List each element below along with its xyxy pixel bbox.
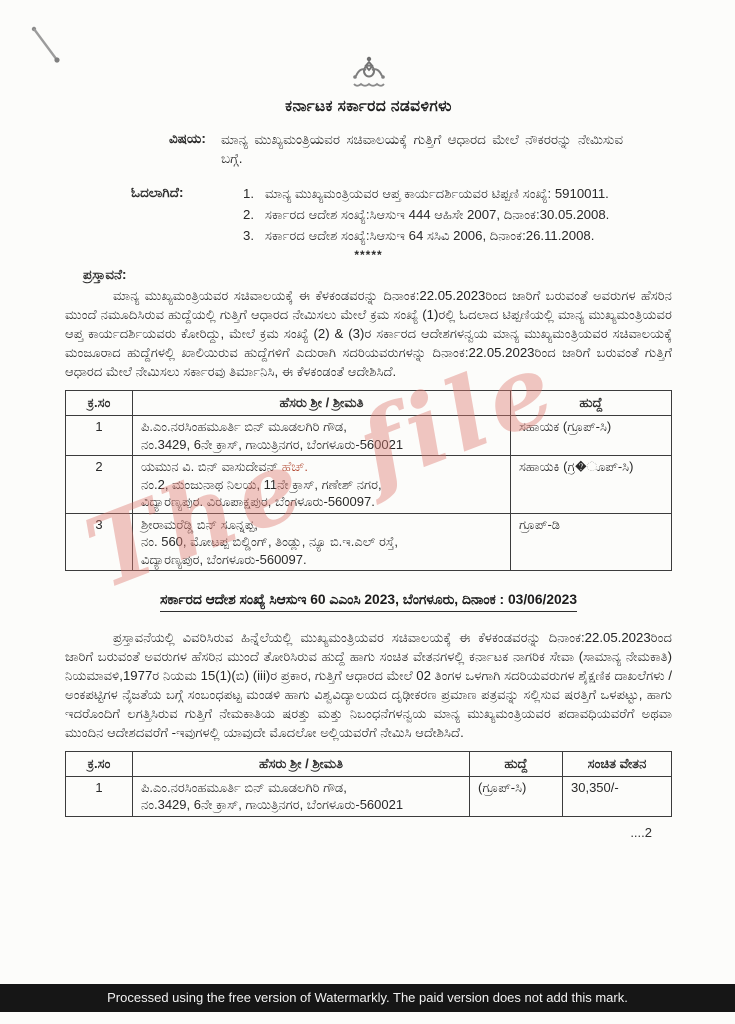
appointees-table: ಕ್ರ.ಸಂ ಹೆಸರು ಶ್ರೀ / ಶ್ರೀಮತಿ ಹುದ್ದೆ 1 ಪಿ.… xyxy=(65,390,672,571)
col-header-salary: ಸಂಚಿತ ವೇತನ xyxy=(563,752,672,777)
cell-post: ಸಹಾಯಕ (ಗ್ರೂಪ್-ಸಿ) xyxy=(511,415,672,455)
cell-name-address: ಪಿ.ಎಂ.ನರಸಿಂಹಮೂರ್ತಿ ಬಿನ್ ಮೂಡಲಗಿರಿ ಗೌಡ, ನಂ… xyxy=(133,776,470,816)
go-number-line: ಸರ್ಕಾರದ ಆದೇಶ ಸಂಖ್ಯೆ ಸಿಆಸುಇ 60 ಎಎಂಸಿ 2023… xyxy=(160,592,577,612)
cell-sl-no: 3 xyxy=(66,513,133,571)
read-item-number: 3. xyxy=(243,227,265,245)
col-header-name: ಹೆಸರು ಶ್ರೀ / ಶ್ರೀಮತಿ xyxy=(133,752,470,777)
table-header-row: ಕ್ರ.ಸಂ ಹೆಸರು ಶ್ರೀ / ಶ್ರೀಮತಿ ಹುದ್ದೆ ಸಂಚಿತ… xyxy=(66,752,672,777)
cell-post: ಗ್ರೂಪ್-ಡಿ xyxy=(511,513,672,571)
table-row: 2 ಯಮುನ ವಿ. ಬಿನ್ ವಾಸುದೇವನ್ ಹೆಚ್. ನಂ.2, ಮಂ… xyxy=(66,456,672,514)
preamble-paragraph: ಮಾನ್ಯ ಮುಖ್ಯಮಂತ್ರಿಯವರ ಸಚಿವಾಲಯಕ್ಕೆ ಈ ಕೆಳಕಂ… xyxy=(65,286,672,381)
scanned-document-page: ಕರ್ನಾಟಕ ಸರ್ಕಾರದ ನಡವಳಿಗಳು ವಿಷಯ: ಮಾನ್ಯ ಮುಖ… xyxy=(0,0,735,1024)
go-number-block: ಸರ್ಕಾರದ ಆದೇಶ ಸಂಖ್ಯೆ ಸಿಆಸುಇ 60 ಎಎಂಸಿ 2023… xyxy=(65,591,672,612)
cell-sl-no: 1 xyxy=(66,415,133,455)
read-item-text: ಸರ್ಕಾರದ ಆದೇಶ ಸಂಖ್ಯೆ:ಸಿಆಸುಇ 64 ಸಸಿವಿ 2006… xyxy=(265,227,643,245)
table-header-row: ಕ್ರ.ಸಂ ಹೆಸರು ಶ್ರೀ / ಶ್ರೀಮತಿ ಹುದ್ದೆ xyxy=(66,391,672,416)
table-row: 1 ಪಿ.ಎಂ.ನರಸಿಂಹಮೂರ್ತಿ ಬಿನ್ ಮೂಡಲಗಿರಿ ಗೌಡ, … xyxy=(66,776,672,816)
read-label: ಓದಲಾಗಿದೆ: xyxy=(131,185,243,249)
state-emblem-icon xyxy=(65,54,672,94)
read-list: 1. ಮಾನ್ಯ ಮುಖ್ಯಮಂತ್ರಿಯವರ ಆಪ್ತ ಕಾರ್ಯದರ್ಶಿಯ… xyxy=(243,185,643,249)
subject-block: ವಿಷಯ: ಮಾನ್ಯ ಮುಖ್ಯಮಂತ್ರಿಯವರ ಸಚಿವಾಲಯಕ್ಕೆ ಗ… xyxy=(65,131,672,169)
cell-name-address: ಪಿ.ಎಂ.ನರಸಿಂಹಮೂರ್ತಿ ಬಿನ್ ಮೂಡಲಗಿರಿ ಗೌಡ, ನಂ… xyxy=(133,415,511,455)
read-item: 2. ಸರ್ಕಾರದ ಆದೇಶ ಸಂಖ್ಯೆ:ಸಿಆಸುಇ 444 ಆಹಿಸೇ … xyxy=(243,206,643,224)
cell-sl-no: 2 xyxy=(66,456,133,514)
read-item-number: 1. xyxy=(243,185,265,203)
order-paragraph: ಪ್ರಸ್ತಾವನೆಯಲ್ಲಿ ವಿವರಿಸಿರುವ ಹಿನ್ನೆಲೆಯಲ್ಲಿ… xyxy=(65,628,672,742)
name-part: ನಂ.2, ಮಂಜುನಾಥ ನಿಲಯ, 11ನೇ ಕ್ರಾಸ್, ಗಣೇಶ್ ನ… xyxy=(141,477,382,510)
read-item-number: 2. xyxy=(243,206,265,224)
watermarkly-bar: Processed using the free version of Wate… xyxy=(0,984,735,1012)
read-item-text: ಸರ್ಕಾರದ ಆದೇಶ ಸಂಖ್ಯೆ:ಸಿಆಸುಇ 444 ಆಹಿಸೇ 200… xyxy=(265,206,643,224)
staple-mark-icon xyxy=(27,21,67,71)
table-row: 1 ಪಿ.ಎಂ.ನರಸಿಂಹಮೂರ್ತಿ ಬಿನ್ ಮೂಡಲಗಿರಿ ಗೌಡ, … xyxy=(66,415,672,455)
col-header-sl-no: ಕ್ರ.ಸಂ xyxy=(66,752,133,777)
read-item-text: ಮಾನ್ಯ ಮುಖ್ಯಮಂತ್ರಿಯವರ ಆಪ್ತ ಕಾರ್ಯದರ್ಶಿಯವರ … xyxy=(265,185,643,203)
name-part: ಯಮುನ ವಿ. ಬಿನ್ ವಾಸುದೇವನ್ xyxy=(141,459,282,474)
preamble-label: ಪ್ರಸ್ತಾವನೆ: xyxy=(83,267,672,283)
asterisk-separator: ***** xyxy=(65,250,672,260)
read-block: ಓದಲಾಗಿದೆ: 1. ಮಾನ್ಯ ಮುಖ್ಯಮಂತ್ರಿಯವರ ಆಪ್ತ ಕ… xyxy=(65,185,672,249)
cell-sl-no: 1 xyxy=(66,776,133,816)
cell-salary: 30,350/- xyxy=(563,776,672,816)
name-highlighted-word: ಹೆಚ್. xyxy=(282,459,308,474)
cell-name-address: ಯಮುನ ವಿ. ಬಿನ್ ವಾಸುದೇವನ್ ಹೆಚ್. ನಂ.2, ಮಂಜು… xyxy=(133,456,511,514)
document-body: ಕರ್ನಾಟಕ ಸರ್ಕಾರದ ನಡವಳಿಗಳು ವಿಷಯ: ಮಾನ್ಯ ಮುಖ… xyxy=(65,0,672,840)
read-item: 1. ಮಾನ್ಯ ಮುಖ್ಯಮಂತ್ರಿಯವರ ಆಪ್ತ ಕಾರ್ಯದರ್ಶಿಯ… xyxy=(243,185,643,203)
subject-text: ಮಾನ್ಯ ಮುಖ್ಯಮಂತ್ರಿಯವರ ಸಚಿವಾಲಯಕ್ಕೆ ಗುತ್ತಿಗ… xyxy=(221,131,623,169)
page-number: ....2 xyxy=(65,825,672,840)
document-title: ಕರ್ನಾಟಕ ಸರ್ಕಾರದ ನಡವಳಿಗಳು xyxy=(65,98,672,116)
cell-post: ಸಹಾಯಕಿ (ಗ್ರ�ೂಪ್-ಸಿ) xyxy=(511,456,672,514)
subject-label: ವಿಷಯ: xyxy=(169,131,221,169)
read-item: 3. ಸರ್ಕಾರದ ಆದೇಶ ಸಂಖ್ಯೆ:ಸಿಆಸುಇ 64 ಸಸಿವಿ 2… xyxy=(243,227,643,245)
cell-name-address: ಶ್ರೀರಾಮರೆಡ್ಡಿ ಬಿನ್ ಸೂನ್ನಪ್ಪ, ನಂ. 560, ಮೋ… xyxy=(133,513,511,571)
col-header-post: ಹುದ್ದೆ xyxy=(470,752,563,777)
col-header-post: ಹುದ್ದೆ xyxy=(511,391,672,416)
table-row: 3 ಶ್ರೀರಾಮರೆಡ್ಡಿ ಬಿನ್ ಸೂನ್ನಪ್ಪ, ನಂ. 560, … xyxy=(66,513,672,571)
salary-table: ಕ್ರ.ಸಂ ಹೆಸರು ಶ್ರೀ / ಶ್ರೀಮತಿ ಹುದ್ದೆ ಸಂಚಿತ… xyxy=(65,751,672,817)
col-header-sl-no: ಕ್ರ.ಸಂ xyxy=(66,391,133,416)
col-header-name: ಹೆಸರು ಶ್ರೀ / ಶ್ರೀಮತಿ xyxy=(133,391,511,416)
cell-post: (ಗ್ರೂಪ್-ಸಿ) xyxy=(470,776,563,816)
